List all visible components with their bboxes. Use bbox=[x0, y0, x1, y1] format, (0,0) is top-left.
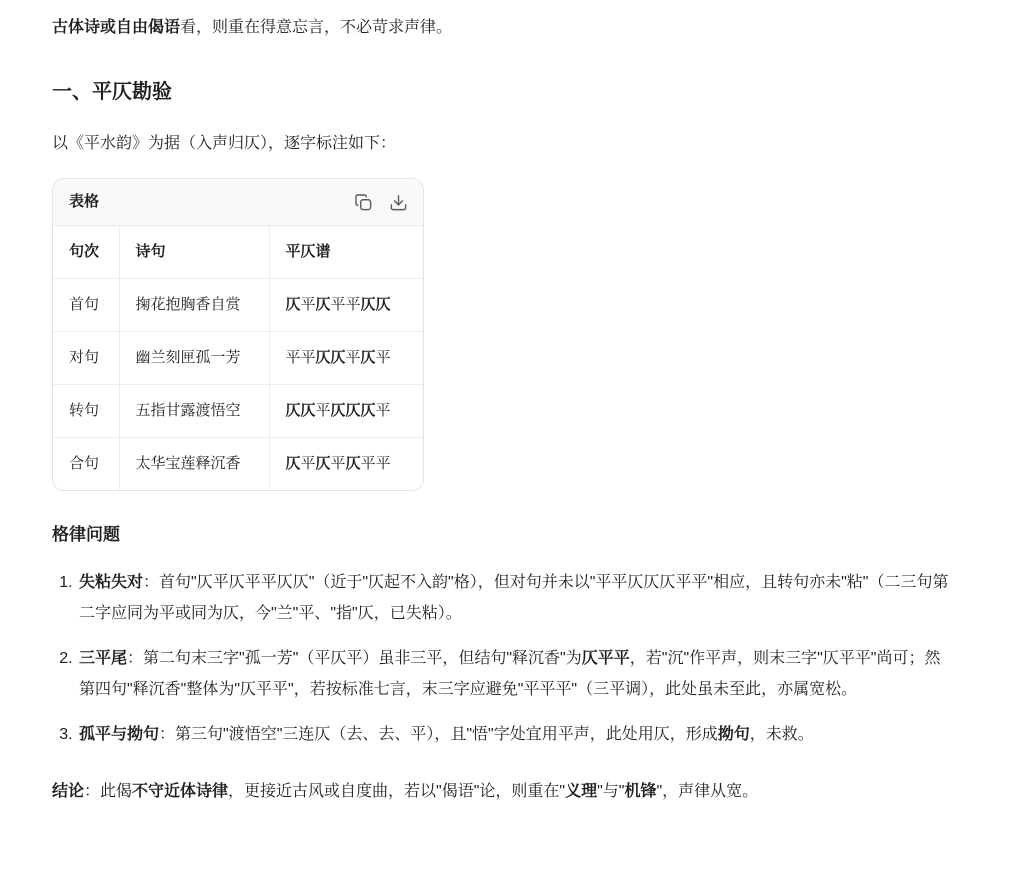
cell-seq: 首句 bbox=[53, 279, 119, 332]
tonal-pattern-table: 句次 诗句 平仄谱 首句 掬花抱胸香自赏 仄平仄平平仄仄 对句 幽兰刻匣孤一芳 … bbox=[53, 226, 423, 490]
cell-verse: 幽兰刻匣孤一芳 bbox=[119, 332, 269, 385]
download-icon[interactable] bbox=[386, 190, 411, 215]
conclusion-paragraph: 结论：此偈不守近体诗律，更接近古风或自度曲，若以"偈语"论，则重在"义理"与"机… bbox=[52, 776, 950, 807]
issue-item-1: 失粘失对：首句"仄平仄平平仄仄"（近于"仄起不入韵"格），但对句并未以"平平仄仄… bbox=[77, 567, 950, 629]
issue-item-3: 孤平与拗句：第三句"渡悟空"三连仄（去、去、平），且"悟"字处宜用平声，此处用仄… bbox=[77, 719, 950, 750]
table-header-row: 句次 诗句 平仄谱 bbox=[53, 226, 423, 279]
column-header-seq: 句次 bbox=[53, 226, 119, 279]
table-card-header: 表格 bbox=[53, 179, 423, 226]
issue-item-2: 三平尾：第二句末三字"孤一芳"（平仄平）虽非三平，但结句"释沉香"为仄平平，若"… bbox=[77, 643, 950, 705]
cell-verse: 太华宝莲释沉香 bbox=[119, 438, 269, 491]
intro-paragraph: 古体诗或自由偈语看，则重在得意忘言，不必苛求声律。 bbox=[52, 14, 950, 42]
cell-pattern: 仄平仄平仄平平 bbox=[269, 438, 423, 491]
cell-verse: 掬花抱胸香自赏 bbox=[119, 279, 269, 332]
lead-paragraph: 以《平水韵》为据（入声归仄），逐字标注如下： bbox=[52, 130, 950, 158]
cell-pattern: 仄仄平仄仄仄平 bbox=[269, 385, 423, 438]
column-header-verse: 诗句 bbox=[119, 226, 269, 279]
issues-list: 失粘失对：首句"仄平仄平平仄仄"（近于"仄起不入韵"格），但对句并未以"平平仄仄… bbox=[52, 567, 950, 750]
table-row: 转句 五指甘露渡悟空 仄仄平仄仄仄平 bbox=[53, 385, 423, 438]
section-heading: 一、平仄勘验 bbox=[52, 78, 950, 106]
table-card-actions bbox=[351, 190, 411, 215]
issues-heading: 格律问题 bbox=[52, 523, 950, 547]
cell-seq: 对句 bbox=[53, 332, 119, 385]
table-card-title: 表格 bbox=[69, 188, 99, 216]
table-row: 合句 太华宝莲释沉香 仄平仄平仄平平 bbox=[53, 438, 423, 491]
table-row: 对句 幽兰刻匣孤一芳 平平仄仄平仄平 bbox=[53, 332, 423, 385]
cell-pattern: 仄平仄平平仄仄 bbox=[269, 279, 423, 332]
cell-seq: 转句 bbox=[53, 385, 119, 438]
copy-icon[interactable] bbox=[351, 190, 376, 215]
document-body: 古体诗或自由偈语看，则重在得意忘言，不必苛求声律。 一、平仄勘验 以《平水韵》为… bbox=[0, 0, 1002, 831]
cell-pattern: 平平仄仄平仄平 bbox=[269, 332, 423, 385]
table-row: 首句 掬花抱胸香自赏 仄平仄平平仄仄 bbox=[53, 279, 423, 332]
column-header-pattern: 平仄谱 bbox=[269, 226, 423, 279]
table-card: 表格 bbox=[52, 178, 424, 491]
cell-seq: 合句 bbox=[53, 438, 119, 491]
cell-verse: 五指甘露渡悟空 bbox=[119, 385, 269, 438]
